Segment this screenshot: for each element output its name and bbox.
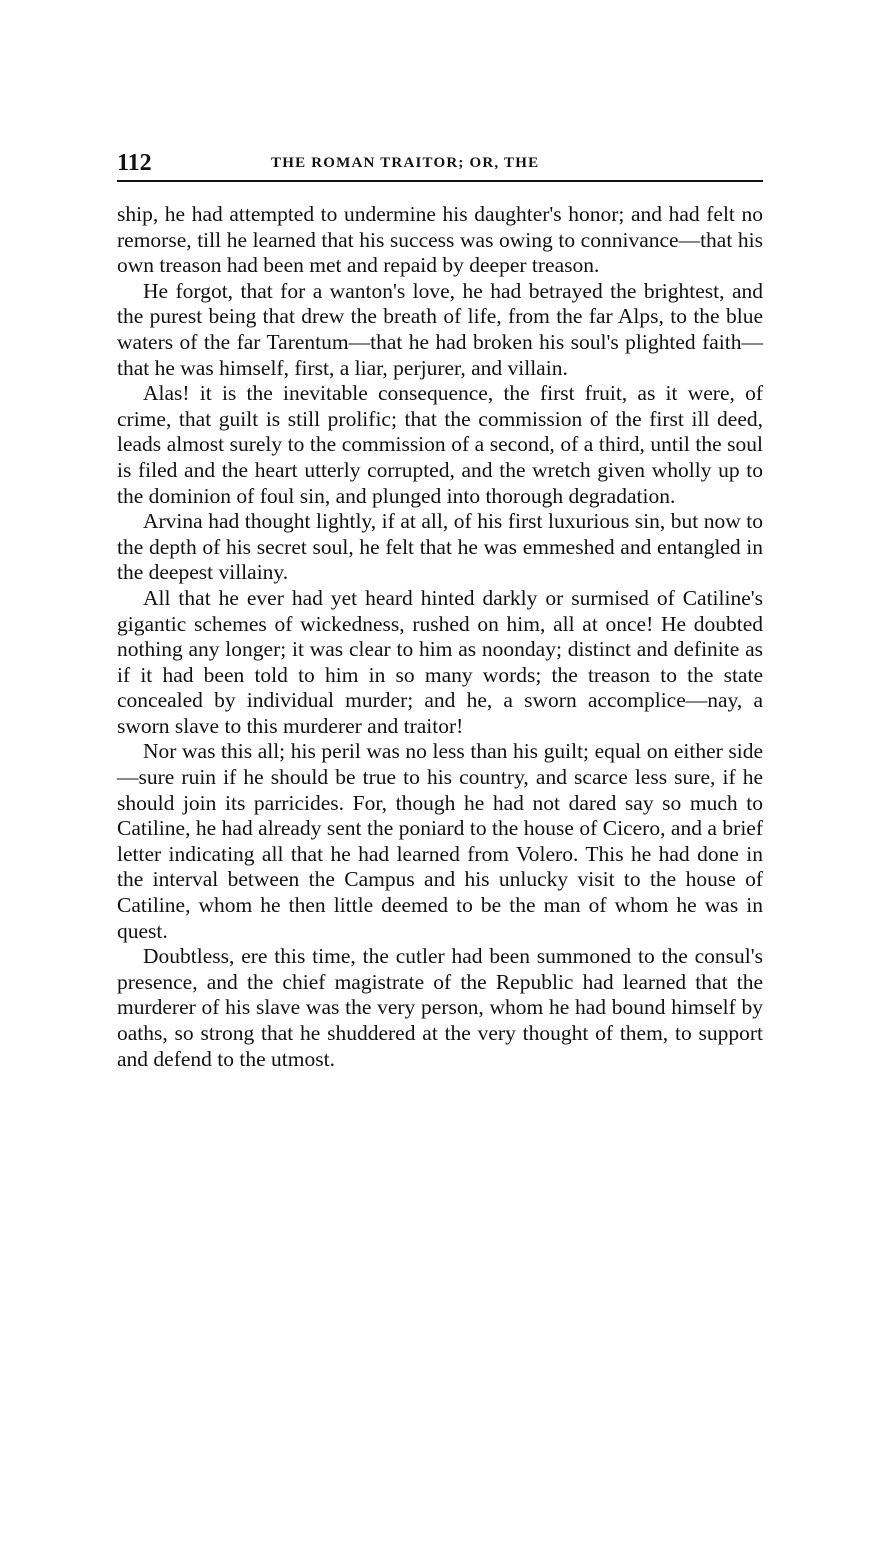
paragraph: ship, he had attempted to undermine his … bbox=[117, 202, 763, 279]
running-head: THE ROMAN TRAITOR; OR, THE bbox=[271, 155, 539, 172]
paragraph: Doubtless, ere this time, the cutler had… bbox=[117, 944, 763, 1072]
paragraph: All that he ever had yet heard hinted da… bbox=[117, 586, 763, 740]
page-header: 112 THE ROMAN TRAITOR; OR, THE bbox=[117, 142, 763, 178]
paragraph: He forgot, that for a wanton's love, he … bbox=[117, 279, 763, 381]
paragraph: Arvina had thought lightly, if at all, o… bbox=[117, 509, 763, 586]
body-text: ship, he had attempted to undermine his … bbox=[117, 202, 763, 1072]
header-rule bbox=[117, 180, 763, 182]
page-number: 112 bbox=[117, 150, 152, 177]
paragraph: Alas! it is the inevitable consequence, … bbox=[117, 381, 763, 509]
paragraph: Nor was this all; his peril was no less … bbox=[117, 739, 763, 944]
book-page: 112 THE ROMAN TRAITOR; OR, THE ship, he … bbox=[117, 142, 763, 1072]
